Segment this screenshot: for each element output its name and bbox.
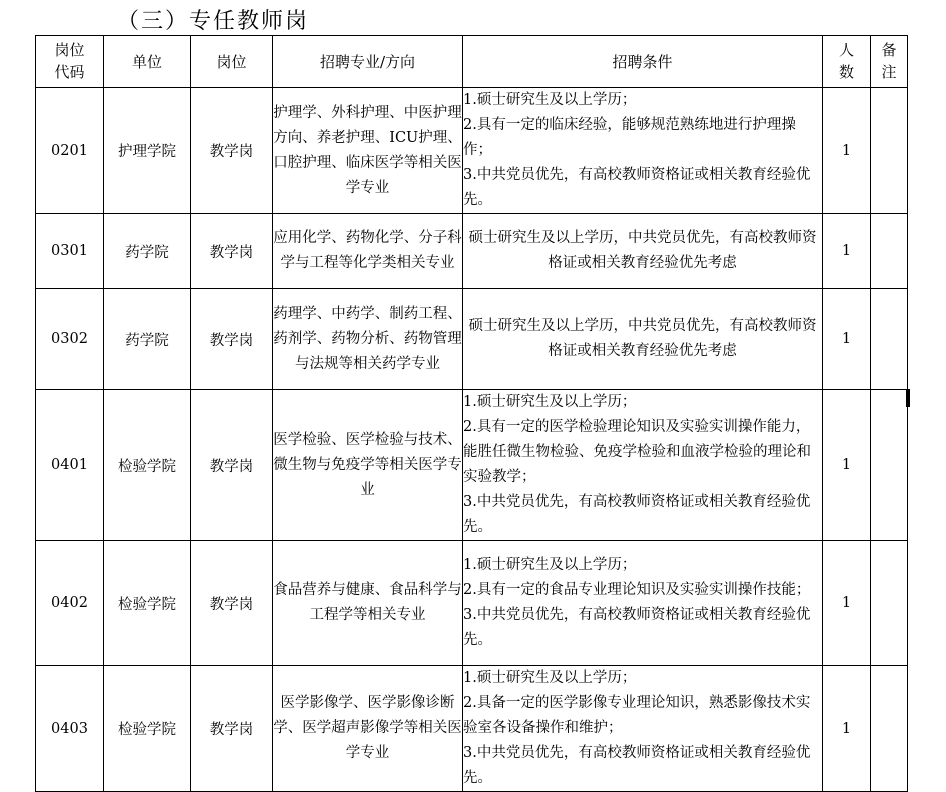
cell-count: 1 [823, 390, 871, 541]
cell-count: 1 [823, 289, 871, 390]
cell-position: 教学岗 [191, 390, 273, 541]
recruitment-table: 岗位代码 单位 岗位 招聘专业/方向 招聘条件 人数 备注 0201 护理学院 … [35, 35, 908, 792]
section-title: （三）专任教师岗 [117, 4, 309, 35]
cell-code: 0301 [36, 214, 104, 289]
cell-remarks [871, 541, 908, 666]
cell-code: 0201 [36, 88, 104, 214]
table-row: 0302 药学院 教学岗 药理学、中药学、制药工程、药剂学、药物分析、药物管理与… [36, 289, 908, 390]
cell-code: 0403 [36, 666, 104, 792]
header-requirements: 招聘条件 [463, 36, 823, 88]
header-major: 招聘专业/方向 [273, 36, 463, 88]
cell-count: 1 [823, 666, 871, 792]
cell-position: 教学岗 [191, 289, 273, 390]
cell-count: 1 [823, 88, 871, 214]
cell-requirements: 1.硕士研究生及以上学历； 2.具有一定的临床经验，能够规范熟练地进行护理操作；… [463, 88, 823, 214]
cell-major: 应用化学、药物化学、分子科学与工程等化学类相关专业 [273, 214, 463, 289]
cell-count: 1 [823, 214, 871, 289]
cell-position: 教学岗 [191, 541, 273, 666]
header-position: 岗位 [191, 36, 273, 88]
table-row: 0401 检验学院 教学岗 医学检验、医学检验与技术、微生物与免疫学等相关医学专… [36, 390, 908, 541]
cell-remarks [871, 666, 908, 792]
cell-requirements: 硕士研究生及以上学历，中共党员优先，有高校教师资格证或相关教育经验优先考虑 [463, 214, 823, 289]
table-row: 0201 护理学院 教学岗 护理学、外科护理、中医护理方向、养老护理、ICU护理… [36, 88, 908, 214]
cell-major: 护理学、外科护理、中医护理方向、养老护理、ICU护理、口腔护理、临床医学等相关医… [273, 88, 463, 214]
cell-requirements: 1.硕士研究生及以上学历； 2.具有一定的食品专业理论知识及实验实训操作技能； … [463, 541, 823, 666]
cell-major: 药理学、中药学、制药工程、药剂学、药物分析、药物管理与法规等相关药学专业 [273, 289, 463, 390]
header-code: 岗位代码 [36, 36, 104, 88]
cell-count: 1 [823, 541, 871, 666]
header-unit: 单位 [104, 36, 191, 88]
cell-code: 0402 [36, 541, 104, 666]
cell-requirements: 1.硕士研究生及以上学历； 2.具有一定的医学检验理论知识及实验实训操作能力，能… [463, 390, 823, 541]
table-row: 0403 检验学院 教学岗 医学影像学、医学影像诊断学、医学超声影像学等相关医学… [36, 666, 908, 792]
cell-remarks [871, 390, 908, 541]
header-row: 岗位代码 单位 岗位 招聘专业/方向 招聘条件 人数 备注 [36, 36, 908, 88]
cell-remarks [871, 88, 908, 214]
cell-unit: 药学院 [104, 289, 191, 390]
cell-unit: 护理学院 [104, 88, 191, 214]
table-row: 0402 检验学院 教学岗 食品营养与健康、食品科学与工程学等相关专业 1.硕士… [36, 541, 908, 666]
cell-requirements: 1.硕士研究生及以上学历； 2.具备一定的医学影像专业理论知识，熟悉影像技术实验… [463, 666, 823, 792]
cell-unit: 检验学院 [104, 666, 191, 792]
cell-requirements: 硕士研究生及以上学历，中共党员优先，有高校教师资格证或相关教育经验优先考虑 [463, 289, 823, 390]
cell-code: 0302 [36, 289, 104, 390]
cell-unit: 检验学院 [104, 541, 191, 666]
cell-code: 0401 [36, 390, 104, 541]
header-remarks: 备注 [871, 36, 908, 88]
cell-remarks [871, 214, 908, 289]
cell-remarks [871, 289, 908, 390]
cell-major: 食品营养与健康、食品科学与工程学等相关专业 [273, 541, 463, 666]
table-row: 0301 药学院 教学岗 应用化学、药物化学、分子科学与工程等化学类相关专业 硕… [36, 214, 908, 289]
cell-major: 医学影像学、医学影像诊断学、医学超声影像学等相关医学专业 [273, 666, 463, 792]
cell-major: 医学检验、医学检验与技术、微生物与免疫学等相关医学专业 [273, 390, 463, 541]
text-cursor-mark [906, 389, 910, 407]
cell-position: 教学岗 [191, 214, 273, 289]
cell-unit: 药学院 [104, 214, 191, 289]
header-count: 人数 [823, 36, 871, 88]
cell-position: 教学岗 [191, 88, 273, 214]
cell-position: 教学岗 [191, 666, 273, 792]
cell-unit: 检验学院 [104, 390, 191, 541]
